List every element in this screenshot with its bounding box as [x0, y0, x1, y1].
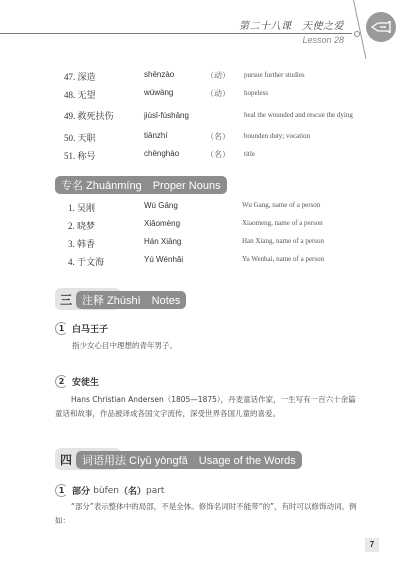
number-badge: 1 — [55, 484, 68, 497]
header-node — [354, 31, 360, 37]
vocab-row: 47. 深造 shēnzào （动） pursue further studie… — [64, 70, 364, 83]
page-number: 7 — [365, 538, 379, 552]
proper-noun-row: 1. 吴刚 Wú Gāng Wu Gang, name of a person — [68, 201, 320, 214]
vocab-row: 49. 救死扶伤 jiùsǐ-fúshāng heal the wounded … — [64, 102, 364, 128]
proper-noun-row: 3. 韩香 Hán Xiāng Han Xiang, name of a per… — [68, 237, 324, 250]
vocab-row: 51. 称号 chēnghào （名） title — [64, 149, 364, 162]
proper-noun-row: 4. 于文海 Yú Wénhǎi Yu Wenhai, name of a pe… — [68, 255, 324, 268]
number-badge: 1 — [55, 322, 68, 335]
usage-item-title: 1 部分 bùfen （名） part — [55, 484, 164, 497]
note-item-title: 2 安徒生 — [55, 375, 99, 388]
header-rule — [0, 33, 352, 34]
note-item-body: Hans Christian Andersen（1805—1875），丹麦童话作… — [55, 393, 360, 421]
usage-item-body: “部分”表示整体中的局部，不是全体。修饰名词时不能带“的”，有时可以修饰动词。例… — [55, 500, 360, 528]
section-number: 四 — [60, 451, 72, 468]
vocab-row: 50. 天职 tiānzhí （名） bounden duty; vocatio… — [64, 131, 364, 144]
lesson-badge — [366, 12, 396, 42]
number-badge: 2 — [55, 375, 68, 388]
note-item-title: 1 白马王子 — [55, 322, 108, 335]
note-item-body: 指少女心目中理想的青年男子。 — [72, 339, 377, 353]
usage-header: 词语用法 Cíyǔ yòngfǎ Usage of the Words — [76, 451, 302, 469]
notes-header: 注释 Zhùshì Notes — [76, 291, 186, 309]
proper-nouns-header: 专名 Zhuānmíng Proper Nouns — [55, 176, 227, 194]
header-divider — [353, 0, 366, 59]
pen-nib-icon — [371, 21, 391, 33]
section-number: 三 — [60, 291, 72, 308]
lesson-title: 第二十八课 天使之爱 — [239, 17, 344, 32]
lesson-number: Lesson 28 — [302, 35, 344, 45]
vocab-row: 48. 无望 wúwàng （动） hopeless — [64, 88, 364, 101]
proper-noun-row: 2. 晓梦 Xiǎomèng Xiaomeng, name of a perso… — [68, 219, 323, 232]
